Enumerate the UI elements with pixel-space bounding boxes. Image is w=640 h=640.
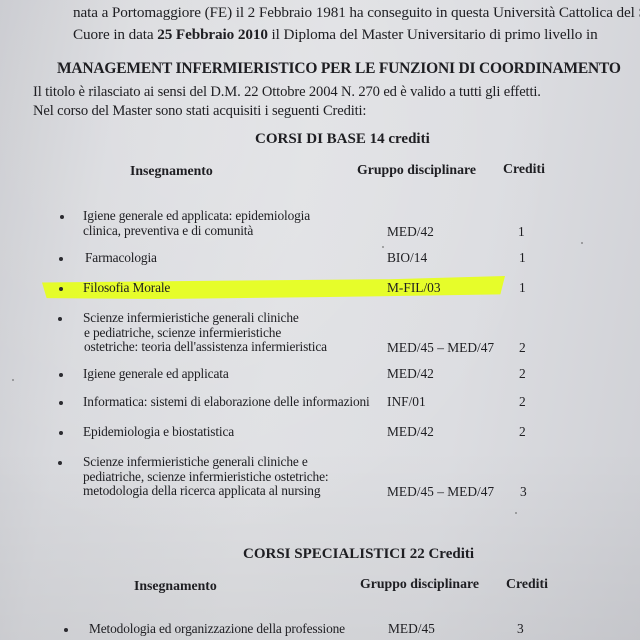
credits-value: 1 xyxy=(519,250,526,266)
discipline-group: MED/45 xyxy=(388,621,435,637)
bullet-icon xyxy=(59,401,63,405)
course-name: Epidemiologia e biostatistica xyxy=(83,425,234,440)
course-name: Farmacologia xyxy=(85,251,157,266)
course-name: e pediatriche, scienze infermieristiche xyxy=(84,326,281,341)
column-header-credits-2: Crediti xyxy=(506,576,548,592)
credits-value: 2 xyxy=(519,366,526,382)
diploma-date: 25 Febbraio 2010 xyxy=(157,26,268,43)
intro-text: Cuore in data xyxy=(73,26,157,43)
course-name: Scienze infermieristiche generali clinic… xyxy=(83,311,299,326)
discipline-group: BIO/14 xyxy=(387,250,427,266)
bullet-icon xyxy=(58,461,62,465)
column-header-course: Insegnamento xyxy=(130,163,213,179)
column-header-course-2: Insegnamento xyxy=(134,578,217,594)
column-header-credits: Crediti xyxy=(503,161,545,177)
course-name: Igiene generale ed applicata xyxy=(83,367,229,382)
credits-value: 3 xyxy=(517,621,524,637)
column-header-group-2: Gruppo disciplinare xyxy=(360,576,479,592)
course-name: pediatriche, scienze infermieristiche os… xyxy=(83,470,328,485)
bullet-icon xyxy=(59,431,63,435)
bullet-icon xyxy=(64,628,68,632)
course-name: Metodologia ed organizzazione della prof… xyxy=(89,622,345,637)
discipline-group: MED/42 xyxy=(387,224,434,240)
intro-text: il Diploma del Master Universitario di p… xyxy=(268,26,598,43)
discipline-group: INF/01 xyxy=(387,394,426,410)
bullet-icon xyxy=(58,317,62,321)
paper-speck xyxy=(382,246,384,248)
course-name: Filosofia Morale xyxy=(83,281,170,296)
course-name: metodologia della ricerca applicata al n… xyxy=(83,484,320,499)
bullet-icon xyxy=(60,215,64,219)
intro-line-1: nata a Portomaggiore (FE) il 2 Febbraio … xyxy=(73,4,640,22)
paper-speck xyxy=(515,512,517,514)
course-name: Igiene generale ed applicata: epidemiolo… xyxy=(83,209,310,224)
paragraph-line-2: Nel corso del Master sono stati acquisit… xyxy=(33,103,366,120)
credits-value: 1 xyxy=(518,224,525,240)
course-name: clinica, preventiva e di comunità xyxy=(83,224,253,239)
discipline-group: MED/42 xyxy=(387,424,434,440)
credits-value: 2 xyxy=(519,340,526,356)
course-name: Scienze infermieristiche generali clinic… xyxy=(83,455,308,470)
intro-line-2: Cuore in data 25 Febbraio 2010 il Diplom… xyxy=(73,26,598,44)
discipline-group: MED/45 – MED/47 xyxy=(387,340,494,356)
bullet-icon xyxy=(59,373,63,377)
bullet-icon xyxy=(59,287,63,291)
discipline-group: MED/45 – MED/47 xyxy=(387,484,494,500)
discipline-group: M-FIL/03 xyxy=(387,280,441,296)
discipline-group: MED/42 xyxy=(387,366,434,382)
section-title-base: CORSI DI BASE 14 crediti xyxy=(255,131,430,148)
paragraph-line-1: Il titolo è rilasciato ai sensi del D.M.… xyxy=(33,84,541,101)
bullet-icon xyxy=(59,257,63,261)
section-title-specialist: CORSI SPECIALISTICI 22 Crediti xyxy=(243,546,474,563)
credits-value: 2 xyxy=(519,424,526,440)
course-name: ostetriche: teoria dell'assistenza infer… xyxy=(84,340,327,355)
master-title: MANAGEMENT INFERMIERISTICO PER LE FUNZIO… xyxy=(57,60,621,78)
credits-value: 3 xyxy=(520,484,527,500)
paper-speck xyxy=(12,379,14,381)
paper-speck xyxy=(581,242,583,244)
credits-value: 1 xyxy=(519,280,526,296)
course-name: Informatica: sistemi di elaborazione del… xyxy=(83,395,370,410)
column-header-group: Gruppo disciplinare xyxy=(357,162,476,178)
credits-value: 2 xyxy=(519,394,526,410)
